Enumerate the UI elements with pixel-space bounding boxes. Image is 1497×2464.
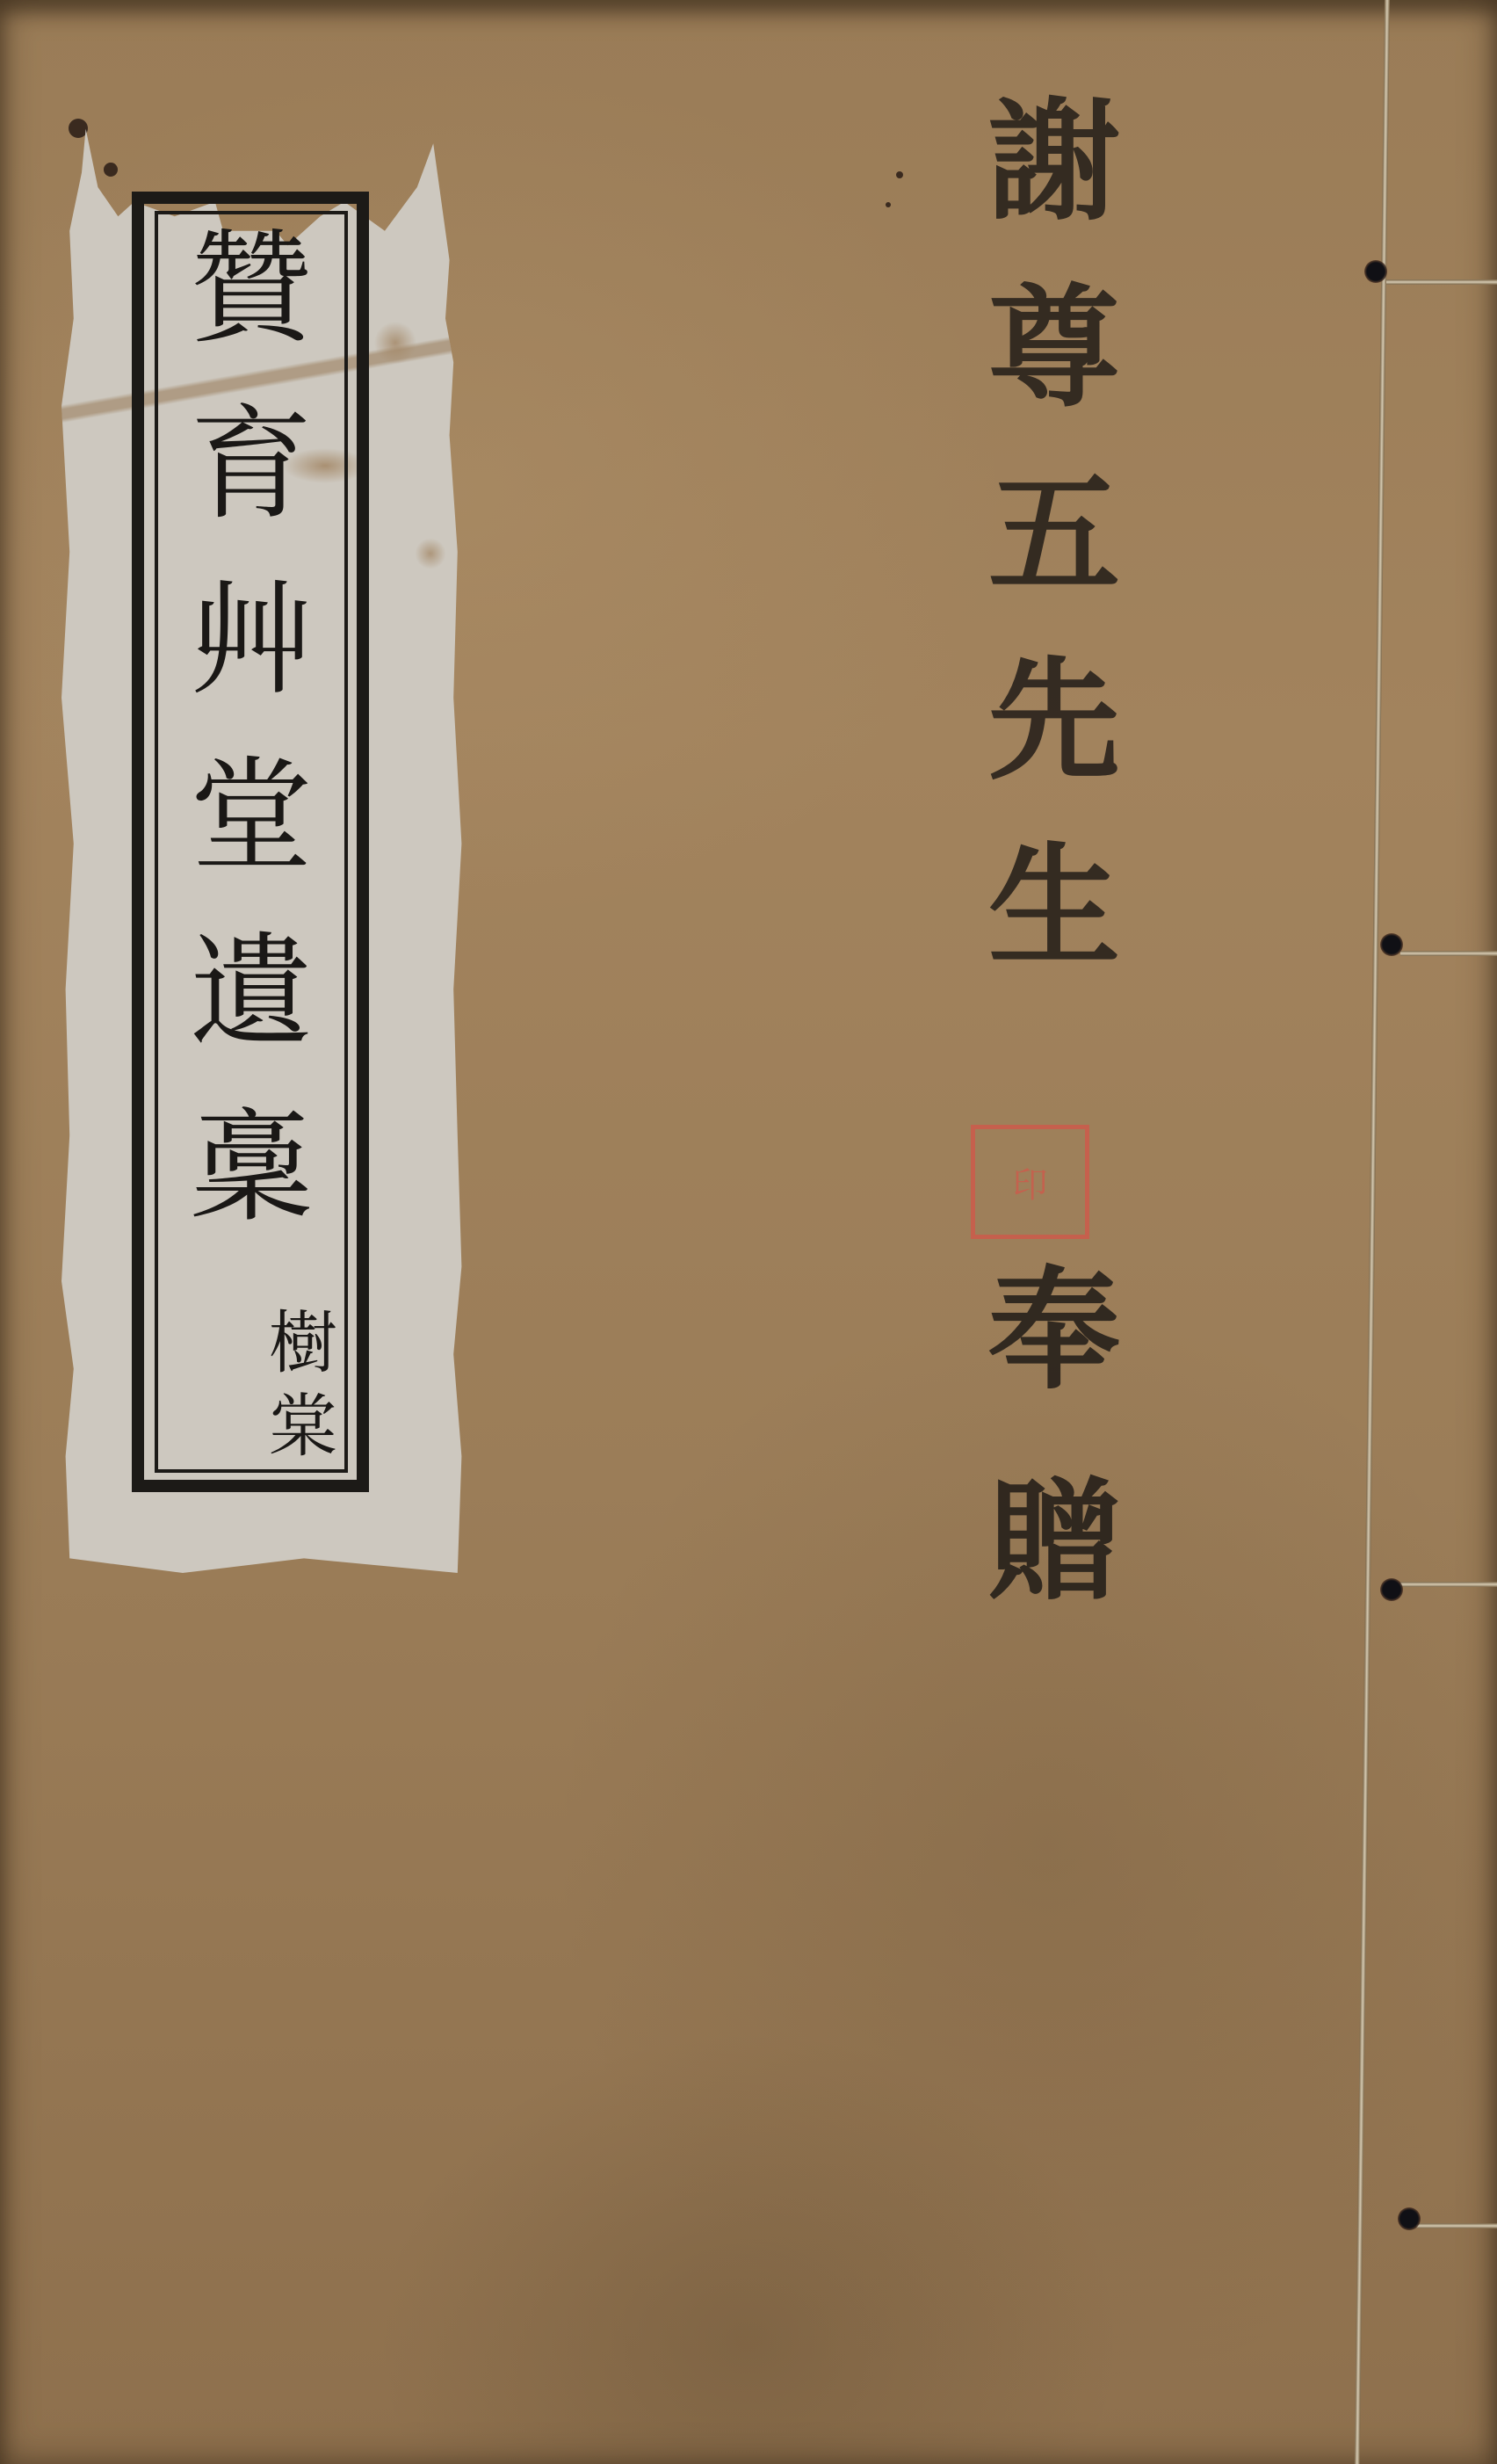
- book-cover: 贊 育 艸 堂 遺 稾 樹 棠 謝 尊 五 先 生 印 奉 贈: [0, 0, 1497, 2464]
- binding-thread-vertical: [1355, 0, 1390, 2464]
- inscription-char: 謝: [988, 97, 1120, 283]
- title-char: 艸: [190, 580, 313, 756]
- inscription-char: 奉: [988, 1265, 1120, 1476]
- inscription-char: 生: [988, 842, 1120, 1028]
- seal-text: 印: [1013, 1157, 1048, 1207]
- binding-thread-horizontal: [1416, 2223, 1497, 2228]
- inscription-char: 先: [988, 656, 1120, 842]
- binding-hole: [1380, 933, 1403, 956]
- book-title: 贊 育 艸 堂 遺 稾: [155, 228, 348, 1283]
- ink-spot: [69, 119, 88, 138]
- dedication-recipient: 謝 尊 五 先 生: [949, 97, 1160, 1028]
- red-seal-stamp: 印: [971, 1125, 1089, 1239]
- dedication-closing: 奉 贈: [949, 1265, 1160, 1687]
- binding-hole: [1364, 260, 1387, 283]
- inscription-char: 尊: [988, 283, 1120, 469]
- author-char: 樹: [269, 1309, 337, 1393]
- binding-thread-horizontal: [1400, 951, 1497, 956]
- title-char: 遺: [190, 931, 313, 1107]
- title-char: 育: [190, 404, 313, 580]
- title-char: 堂: [190, 756, 313, 931]
- binding-thread-horizontal: [1400, 1582, 1497, 1587]
- author-name: 樹 棠: [255, 1309, 351, 1476]
- ink-spot: [896, 171, 903, 178]
- ink-spot: [886, 202, 891, 207]
- title-char: 贊: [190, 228, 313, 404]
- author-char: 棠: [269, 1393, 337, 1476]
- inscription-char: 五: [988, 469, 1120, 656]
- binding-hole: [1398, 2207, 1421, 2230]
- binding-thread-horizontal: [1386, 279, 1497, 285]
- title-char: 稾: [190, 1107, 313, 1283]
- inscription-char: 贈: [988, 1476, 1120, 1687]
- binding-hole: [1380, 1578, 1403, 1601]
- ink-spot: [104, 163, 118, 177]
